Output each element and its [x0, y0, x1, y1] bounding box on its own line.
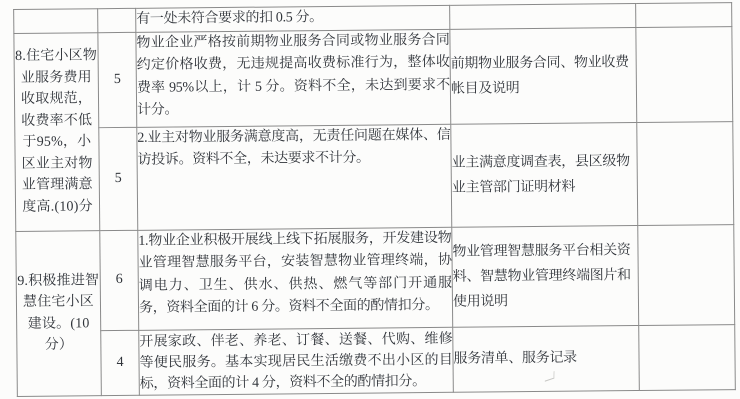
category-cell-9: 9.积极推进智慧住宅小区建设。(10分） — [16, 230, 102, 396]
score-cell: 5 — [99, 127, 138, 230]
criteria-cell: 1.物业企业积极开展线上线下拓展服务，开发建设物业管理智慧服务平台，安装智慧物业… — [138, 227, 453, 330]
criteria-cell: 2.业主对物业服务满意度高，无责任问题在媒体、信访投诉。资料不全，未达要求不计分… — [137, 124, 452, 230]
criteria-cell: 开展家政、伴老、养老、订餐、送餐、代购、维修等便民服务。基本实现居民生活缴费不出… — [139, 327, 454, 395]
table-row: 8.住宅小区物业服务费用收取规范，收费率不低于95%，小区业主对物业管理满意度高… — [14, 26, 733, 128]
criteria-cell: 物业企业严格按前期物业服务合同或物业服务合同约定价格收费，无违规提高收费标准行为… — [136, 29, 451, 127]
materials-cell-empty — [450, 4, 636, 29]
carryover-criteria-cell: 有一处未符合要求的扣 0.5 分。 — [136, 5, 450, 32]
result-cell — [636, 3, 732, 27]
category-cell-empty — [14, 9, 98, 33]
table-row: 4 开展家政、伴老、养老、订餐、送餐、代购、维修等便民服务。基本实现居民生活缴费… — [17, 324, 736, 396]
result-cell — [636, 26, 733, 122]
materials-cell: 前期物业服务合同、物业收费帐目及说明 — [450, 27, 637, 124]
result-cell — [638, 224, 735, 325]
materials-cell: 物业管理智慧服务平台相关资料、智慧物业管理终端图片和使用说明 — [452, 225, 639, 327]
result-cell — [637, 121, 734, 225]
score-cell: 4 — [101, 330, 140, 395]
table-row: 9.积极推进智慧住宅小区建设。(10分） 6 1.物业企业积极开展线上线下拓展服… — [16, 224, 735, 331]
scanned-document-page: 有一处未符合要求的扣 0.5 分。 8.住宅小区物业服务费用收取规范，收费率不低… — [0, 0, 740, 399]
score-cell-empty — [98, 8, 136, 32]
score-cell: 6 — [100, 230, 139, 330]
category-cell-8: 8.住宅小区物业服务费用收取规范，收费率不低于95%，小区业主对物业管理满意度高… — [14, 32, 100, 231]
materials-cell: 业主满意度调查表，县区级物业主管部门证明材料 — [451, 122, 638, 227]
assessment-table-sheet: 有一处未符合要求的扣 0.5 分。 8.住宅小区物业服务费用收取规范，收费率不低… — [13, 2, 736, 396]
result-cell — [639, 324, 736, 390]
assessment-table: 有一处未符合要求的扣 0.5 分。 8.住宅小区物业服务费用收取规范，收费率不低… — [13, 2, 736, 396]
materials-cell: 服务清单、服务记录 — [453, 325, 640, 392]
table-row: 5 2.业主对物业服务满意度高，无责任问题在媒体、信访投诉。资料不全，未达要求不… — [15, 121, 734, 231]
score-cell: 5 — [98, 32, 137, 127]
